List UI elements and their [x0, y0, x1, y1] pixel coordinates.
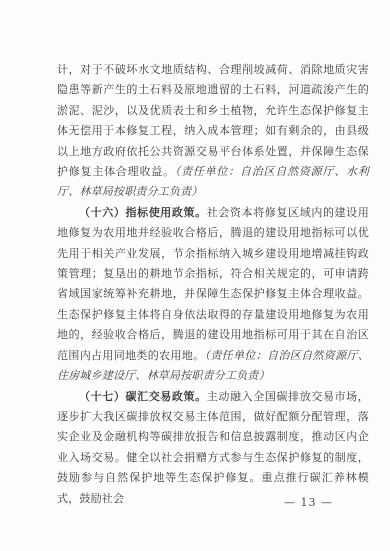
body-text-run: 计，对于不破坏水文地质结构、合理削坡减荷、消除地质灾害隐患等新产生的土石料及原地…	[57, 63, 369, 178]
body-text-run: 社会资本将修复区域内的建设用地修复为农用地并经验收合格后，腾退的建设用地指标可以…	[57, 206, 369, 362]
paragraph: （十七）碳汇交易政策。主动融入全国碳排放交易市场，逐步扩大我区碳排放权交易主体范…	[57, 387, 369, 509]
document-body: 计，对于不破坏水文地质结构、合理削坡减荷、消除地质灾害隐患等新产生的土石料及原地…	[57, 60, 369, 509]
paragraph: （十六）指标使用政策。社会资本将修复区域内的建设用地修复为农用地并经验收合格后，…	[57, 203, 369, 387]
body-text-run: 主动融入全国碳排放交易市场，逐步扩大我区碳排放权交易主体范围，做好配额分配管理，…	[57, 390, 369, 505]
clause-heading: （十七）碳汇交易政策。	[79, 390, 207, 403]
document-page: 计，对于不破坏水文地质结构、合理削坡减荷、消除地质灾害隐患等新产生的土石料及原地…	[0, 0, 390, 551]
page-number-text: — 13 —	[284, 496, 333, 509]
clause-heading: （十六）指标使用政策。	[79, 206, 207, 219]
page-number: — 13 —	[284, 496, 333, 509]
paragraph: 计，对于不破坏水文地质结构、合理削坡减荷、消除地质灾害隐患等新产生的土石料及原地…	[57, 60, 369, 203]
